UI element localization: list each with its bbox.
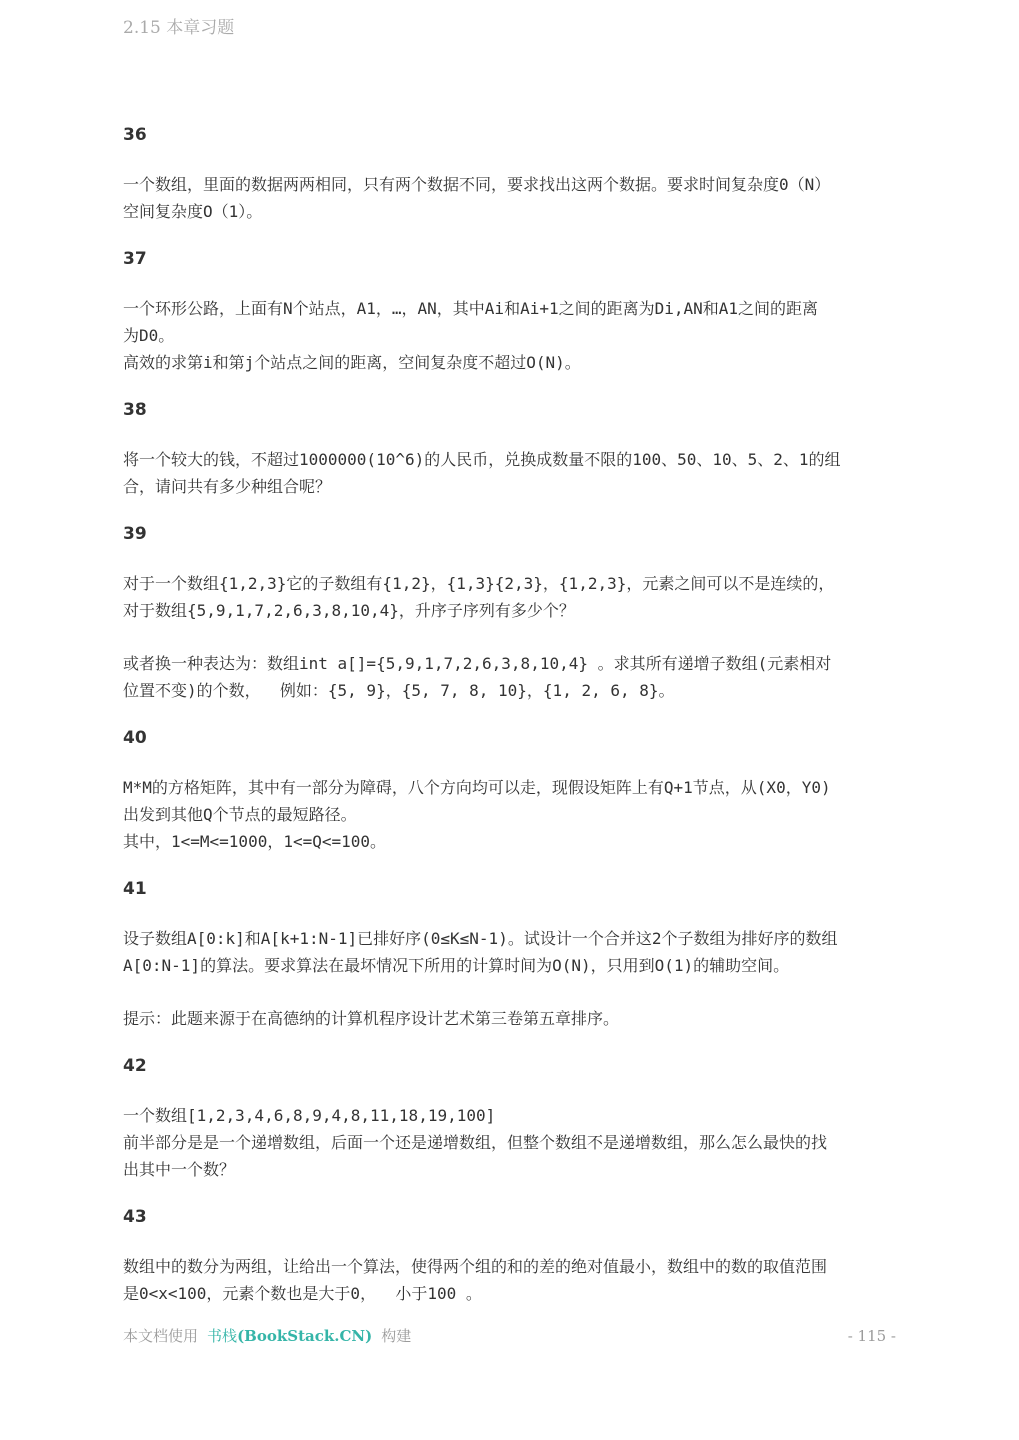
section-paragraph: 一个环形公路，上面有N个站点，A1，…，AN，其中Ai和Ai+1之间的距离为Di… [123, 295, 896, 376]
footer-prefix-text: 本文档使用 [123, 1327, 207, 1345]
bookstack-link-regular[interactable]: 书栈 [207, 1327, 237, 1345]
page-header: 2.15 本章习题 [123, 13, 234, 38]
section-paragraph: 数组中的数分为两组，让给出一个算法，使得两个组的和的差的绝对值最小，数组中的数的… [123, 1253, 896, 1307]
section-number: 43 [123, 1207, 896, 1227]
section-paragraph: 一个数组[1,2,3,4,6,8,9,4,8,11,18,19,100] 前半部… [123, 1102, 896, 1183]
content: 36 一个数组，里面的数据两两相同，只有两个数据不同，要求找出这两个数据。要求时… [123, 125, 896, 1307]
section-number: 38 [123, 400, 896, 420]
exercise-section: 36 一个数组，里面的数据两两相同，只有两个数据不同，要求找出这两个数据。要求时… [123, 125, 896, 225]
exercise-section: 39 对于一个数组{1,2,3}它的子数组有{1,2}，{1,3}{2,3}，{… [123, 524, 896, 704]
section-paragraph: 提示：此题来源于在高德纳的计算机程序设计艺术第三卷第五章排序。 [123, 1005, 896, 1032]
bookstack-link-bold[interactable]: (BookStack.CN) [237, 1327, 372, 1345]
section-number: 37 [123, 249, 896, 269]
section-paragraph: 或者换一种表达为：数组int a[]={5,9,1,7,2,6,3,8,10,4… [123, 650, 896, 704]
section-paragraph: 一个数组，里面的数据两两相同，只有两个数据不同，要求找出这两个数据。要求时间复杂… [123, 171, 896, 225]
section-number: 41 [123, 879, 896, 899]
page-footer: 本文档使用 书栈(BookStack.CN) 构建 - 115 - [123, 1325, 896, 1346]
section-number: 40 [123, 728, 896, 748]
exercise-section: 42 一个数组[1,2,3,4,6,8,9,4,8,11,18,19,100] … [123, 1056, 896, 1183]
section-number: 36 [123, 125, 896, 145]
exercise-section: 41 设子数组A[0:k]和A[k+1:N-1]已排好序(0≤K≤N-1)。试设… [123, 879, 896, 1032]
section-paragraph: 将一个较大的钱，不超过1000000(10^6)的人民币，兑换成数量不限的100… [123, 446, 896, 500]
exercise-section: 38 将一个较大的钱，不超过1000000(10^6)的人民币，兑换成数量不限的… [123, 400, 896, 500]
exercise-section: 43 数组中的数分为两组，让给出一个算法，使得两个组的和的差的绝对值最小，数组中… [123, 1207, 896, 1307]
exercise-section: 37 一个环形公路，上面有N个站点，A1，…，AN，其中Ai和Ai+1之间的距离… [123, 249, 896, 376]
footer-build-note: 本文档使用 书栈(BookStack.CN) 构建 [123, 1325, 411, 1346]
footer-suffix-text: 构建 [372, 1327, 411, 1345]
section-number: 39 [123, 524, 896, 544]
section-number: 42 [123, 1056, 896, 1076]
exercise-section: 40 M*M的方格矩阵，其中有一部分为障碍，八个方向均可以走，现假设矩阵上有Q+… [123, 728, 896, 855]
section-paragraph: 对于一个数组{1,2,3}它的子数组有{1,2}，{1,3}{2,3}，{1,2… [123, 570, 896, 624]
section-paragraph: M*M的方格矩阵，其中有一部分为障碍，八个方向均可以走，现假设矩阵上有Q+1节点… [123, 774, 896, 855]
bookstack-link[interactable]: 书栈(BookStack.CN) [207, 1327, 372, 1345]
page-number: - 115 - [848, 1327, 896, 1345]
section-paragraph: 设子数组A[0:k]和A[k+1:N-1]已排好序(0≤K≤N-1)。试设计一个… [123, 925, 896, 979]
